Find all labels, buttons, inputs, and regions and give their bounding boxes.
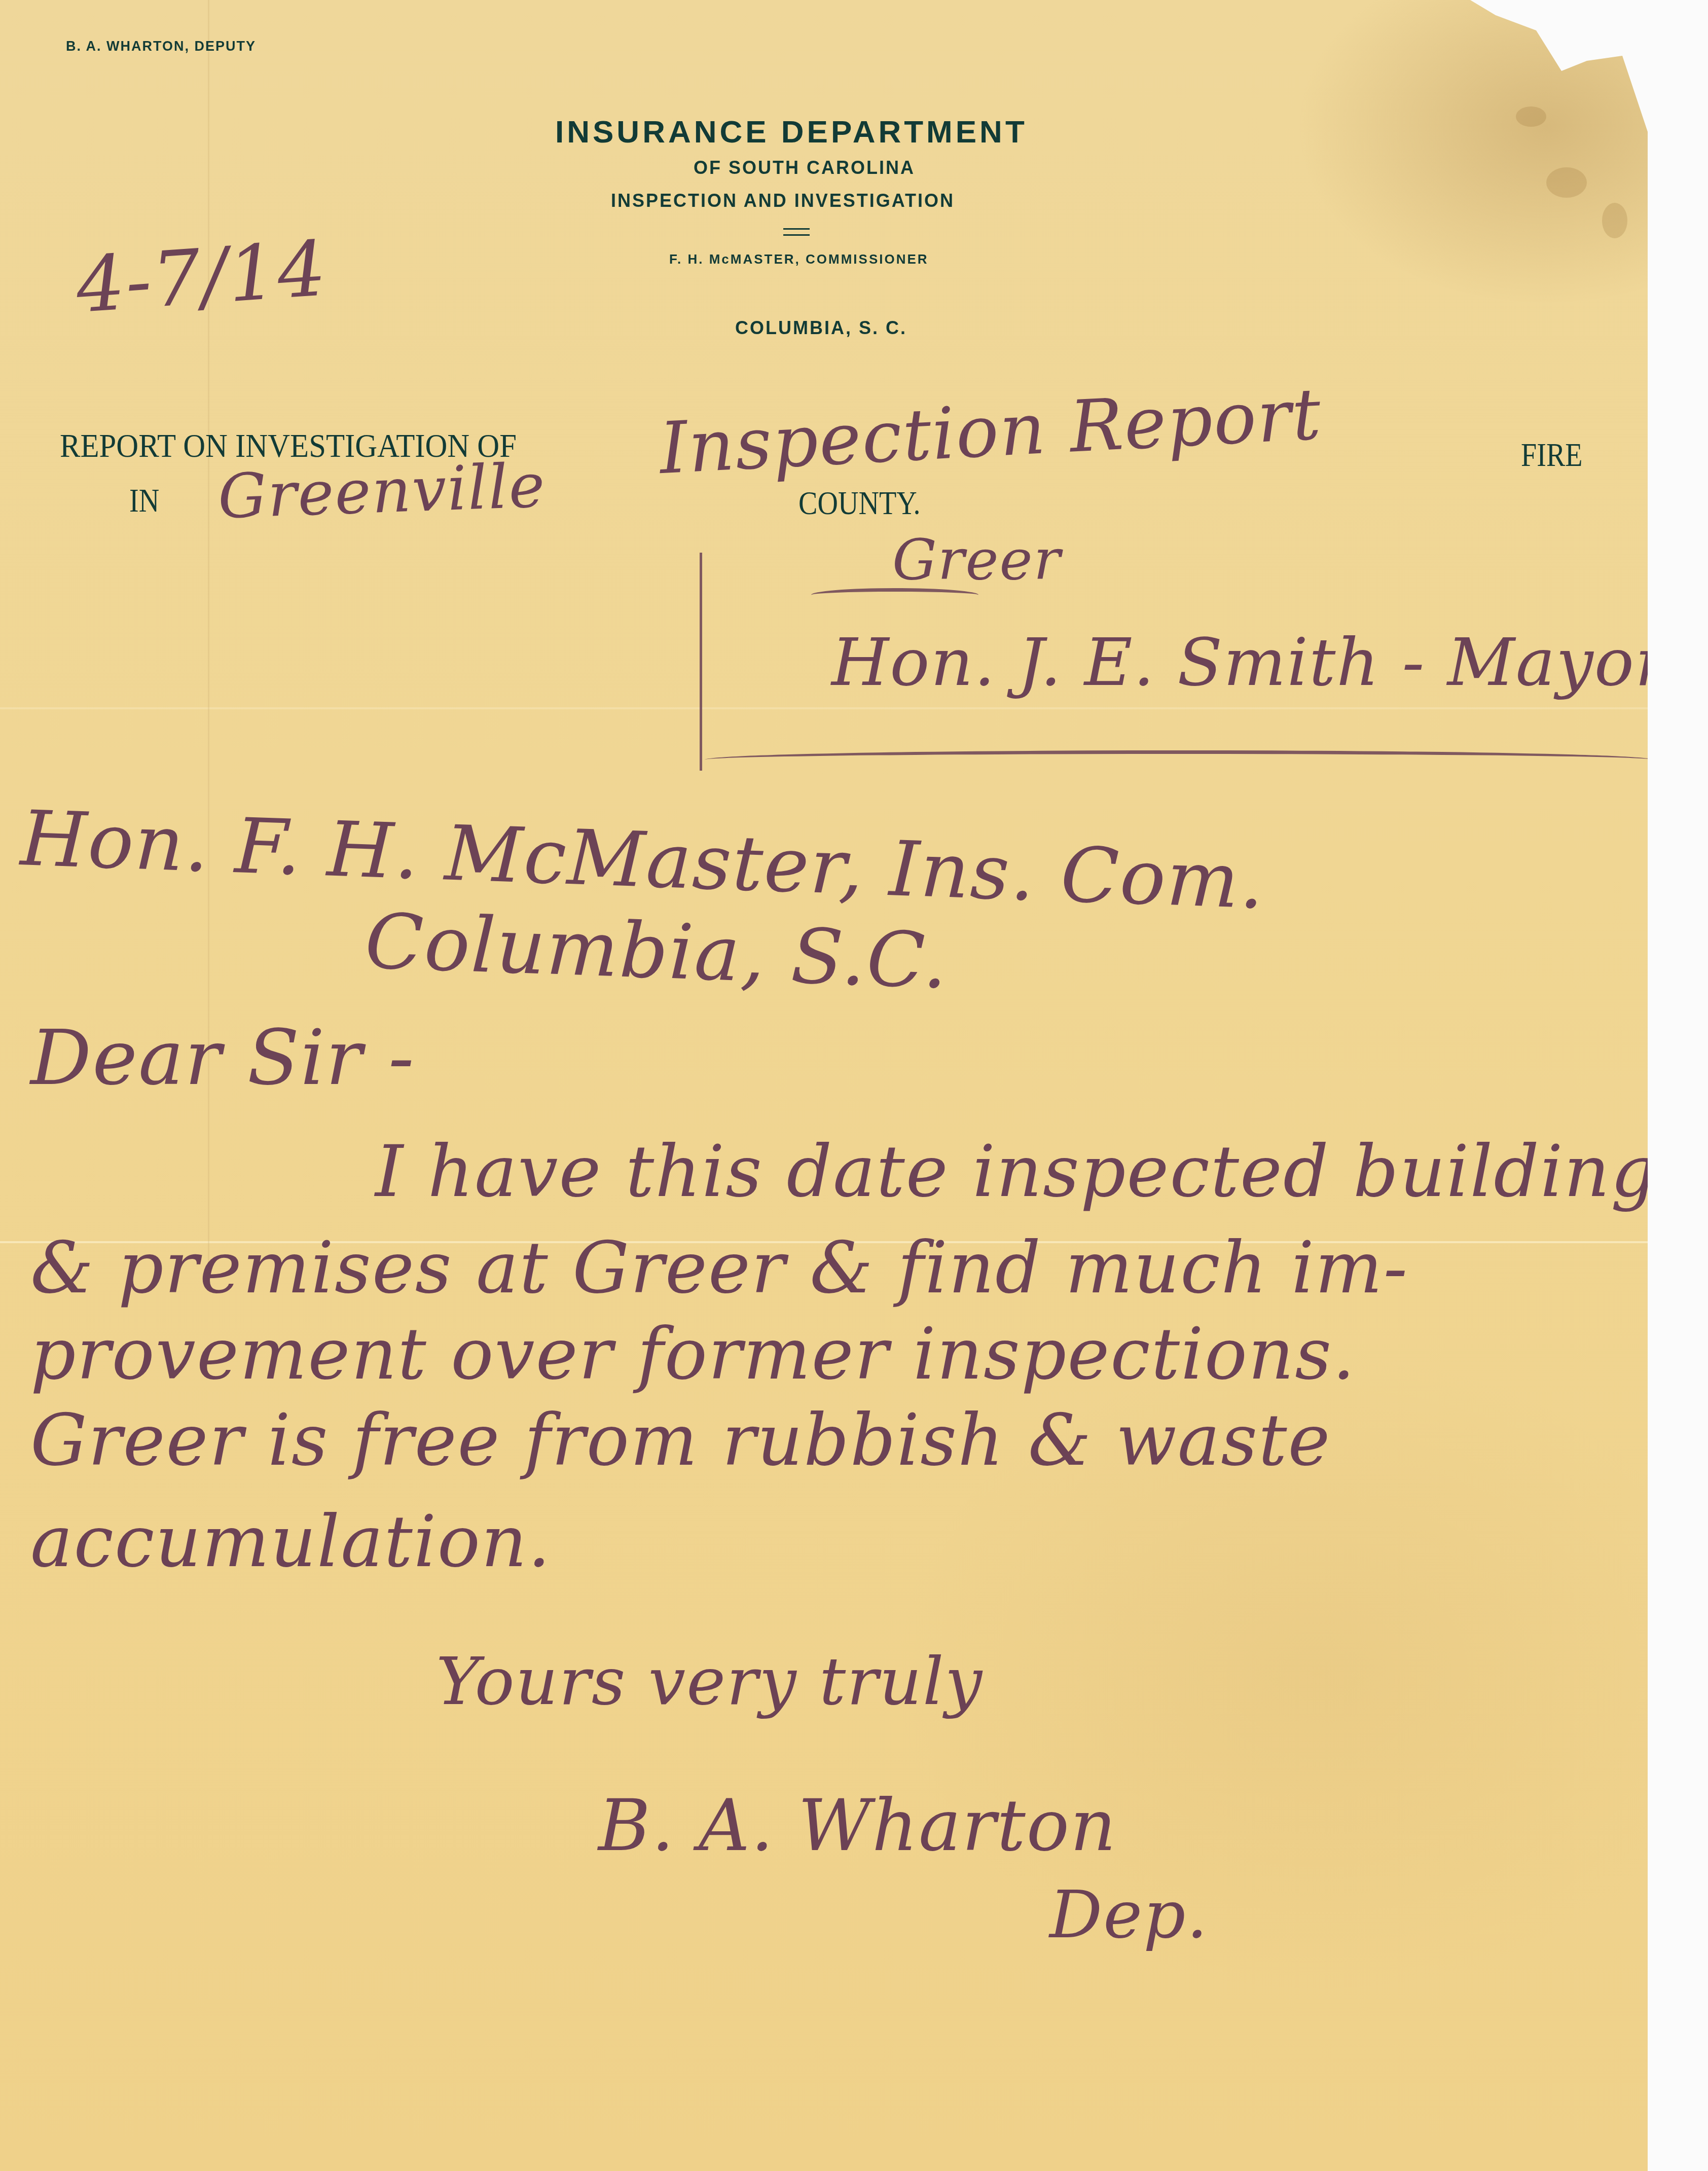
salutation: Dear Sir - xyxy=(30,1014,415,1102)
handwritten-mayor: Hon. J. E. Smith - Mayor xyxy=(831,624,1667,701)
fire-label: FIRE xyxy=(1521,436,1583,475)
body-line-2: & premises at Greer & find much im- xyxy=(30,1227,1408,1310)
letterhead-rule xyxy=(783,234,810,236)
water-stain xyxy=(1516,106,1546,127)
deputy-line: B. A. WHARTON, DEPUTY xyxy=(66,39,256,54)
letterhead-subtitle: OF SOUTH CAROLINA xyxy=(694,157,915,178)
letter-page: B. A. WHARTON, DEPUTY INSURANCE DEPARTME… xyxy=(0,0,1648,2171)
body-line-1: I have this date inspected building xyxy=(375,1131,1657,1213)
letterhead-location: COLUMBIA, S. C. xyxy=(735,317,907,339)
body-line-4: Greer is free from rubbish & waste xyxy=(30,1399,1331,1482)
letterhead-rule xyxy=(783,228,810,230)
signature-title: Dep. xyxy=(1049,1876,1209,1953)
county-label: COUNTY. xyxy=(798,484,921,523)
letterhead-division: INSPECTION AND INVESTIGATION xyxy=(611,190,955,211)
letterhead-commissioner: F. H. McMASTER, COMMISSIONER xyxy=(669,251,929,267)
recipient-line-2: Columbia, S.C. xyxy=(364,897,950,1006)
bracket xyxy=(700,553,702,771)
body-line-5: accumulation. xyxy=(30,1501,552,1583)
handwritten-date: 4-7/14 xyxy=(74,225,330,330)
water-stain xyxy=(1546,167,1587,198)
signature: B. A. Wharton xyxy=(598,1785,1117,1867)
letterhead-title: INSURANCE DEPARTMENT xyxy=(555,114,1028,150)
closing: Yours very truly xyxy=(436,1643,983,1720)
water-stain xyxy=(1602,203,1627,238)
handwritten-report-type: Inspection Report xyxy=(658,373,1324,490)
town-underline xyxy=(811,588,978,602)
in-label: IN xyxy=(129,482,159,520)
recipient-line-1: Hon. F. H. McMaster, Ins. Com. xyxy=(19,794,1266,926)
bracket-underline xyxy=(705,750,1653,769)
handwritten-county: Greenville xyxy=(217,451,547,532)
handwritten-town: Greer xyxy=(892,527,1061,592)
body-line-3: provement over former inspections. xyxy=(30,1313,1356,1396)
fold-crease xyxy=(0,707,1648,709)
